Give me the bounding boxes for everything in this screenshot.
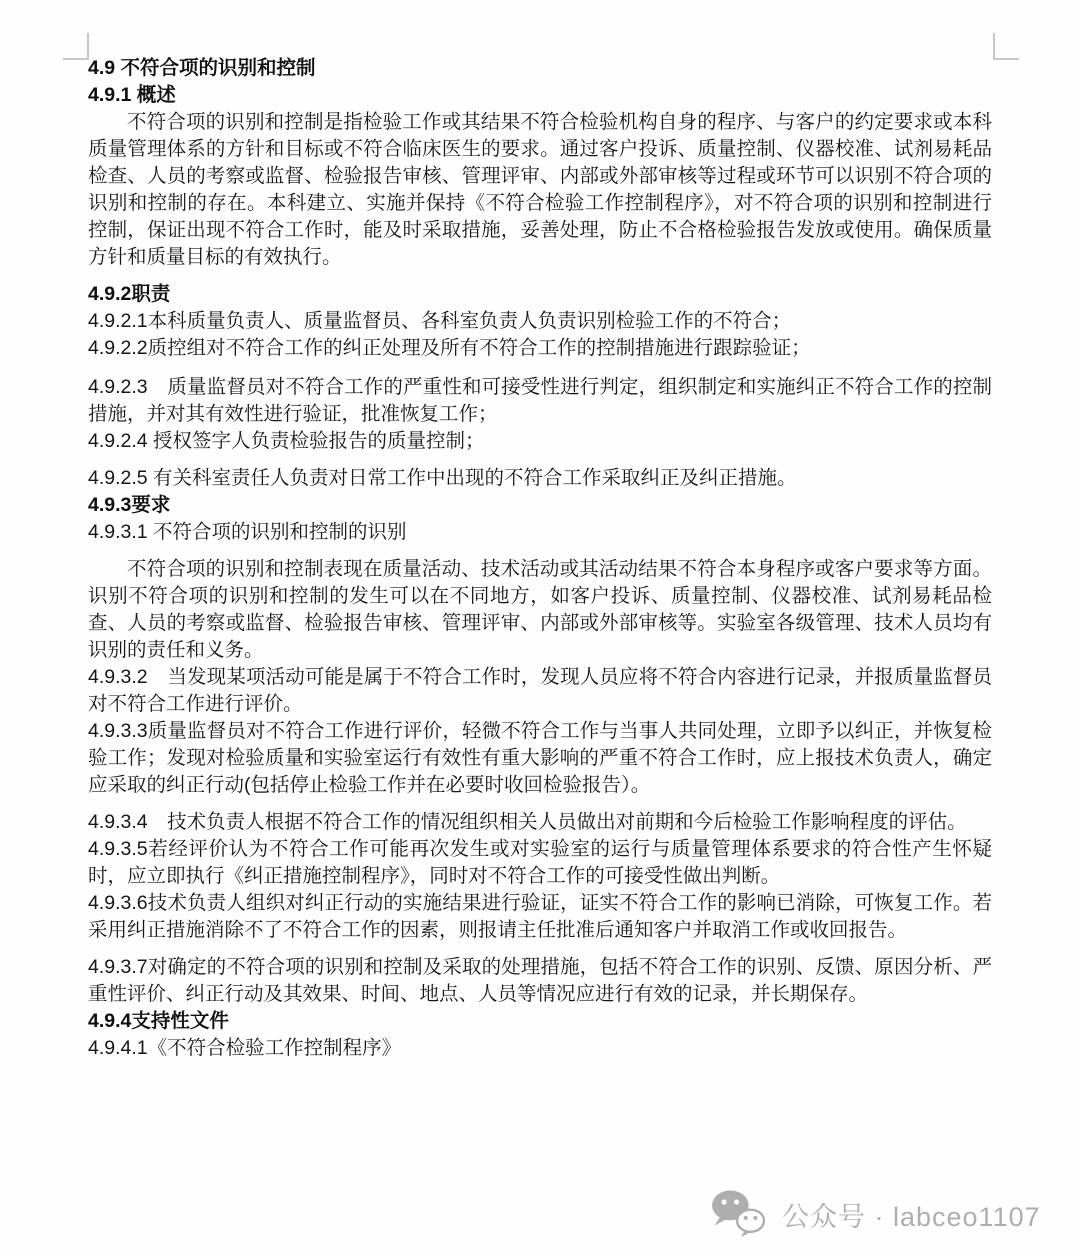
paragraph-4-9-3-1: 4.9.3.1 不符合项的识别和控制的识别 [88, 519, 992, 546]
paragraph-4-9-2-3: 4.9.2.3 质量监督员对不符合工作的严重性和可接受性进行判定，组织制定和实施… [88, 374, 992, 428]
paragraph-4-9-1: 不符合项的识别和控制是指检验工作或其结果不符合检验机构自身的程序、与客户的约定要… [88, 109, 992, 271]
watermark-label: 公众号 · labceo1107 [782, 1195, 1041, 1234]
document-page: 4.9 不符合项的识别和控制 4.9.1 概述 不符合项的识别和控制是指检验工作… [0, 0, 1080, 1257]
paragraph-4-9-2-4: 4.9.2.4 授权签字人负责检验报告的质量控制； [88, 428, 992, 455]
paragraph-4-9-4-1: 4.9.4.1《不符合检验工作控制程序》 [88, 1035, 992, 1062]
heading-4-9-4: 4.9.4支持性文件 [88, 1008, 992, 1035]
heading-4-9: 4.9 不符合项的识别和控制 [88, 55, 992, 82]
paragraph-4-9-3-5: 4.9.3.5若经评价认为不符合工作可能再次发生或对实验室的运行与质量管理体系要… [88, 836, 992, 890]
paragraph-4-9-3-4: 4.9.3.4 技术负责人根据不符合工作的情况组织相关人员做出对前期和今后检验工… [88, 809, 992, 836]
wechat-icon [710, 1189, 768, 1239]
heading-4-9-1: 4.9.1 概述 [88, 82, 992, 109]
watermark: 公众号 · labceo1107 [710, 1188, 1041, 1240]
text-boundary-mark-top-right [993, 33, 1019, 60]
paragraph-4-9-3-3: 4.9.3.3质量监督员对不符合工作进行评价，轻微不符合工作与当事人共同处理，立… [88, 718, 992, 799]
document-content: 4.9 不符合项的识别和控制 4.9.1 概述 不符合项的识别和控制是指检验工作… [88, 55, 992, 1062]
paragraph-4-9-2-1: 4.9.2.1本科质量负责人、质量监督员、各科室负责人负责识别检验工作的不符合； [88, 308, 992, 335]
text-boundary-mark-top-left [63, 33, 89, 60]
paragraph-4-9-3-6: 4.9.3.6技术负责人组织对纠正行动的实施结果进行验证，证实不符合工作的影响已… [88, 890, 992, 944]
paragraph-4-9-3-1-body: 不符合项的识别和控制表现在质量活动、技术活动或其活动结果不符合本身程序或客户要求… [88, 556, 992, 664]
paragraph-4-9-3-7: 4.9.3.7对确定的不符合项的识别和控制及采取的处理措施，包括不符合工作的识别… [88, 954, 992, 1008]
heading-4-9-3: 4.9.3要求 [88, 492, 992, 519]
paragraph-4-9-3-2: 4.9.3.2 当发现某项活动可能是属于不符合工作时，发现人员应将不符合内容进行… [88, 664, 992, 718]
paragraph-4-9-2-5: 4.9.2.5 有关科室责任人负责对日常工作中出现的不符合工作采取纠正及纠正措施… [88, 465, 992, 492]
paragraph-4-9-2-2: 4.9.2.2质控组对不符合工作的纠正处理及所有不符合工作的控制措施进行跟踪验证… [88, 335, 992, 362]
heading-4-9-2: 4.9.2职责 [88, 281, 992, 308]
